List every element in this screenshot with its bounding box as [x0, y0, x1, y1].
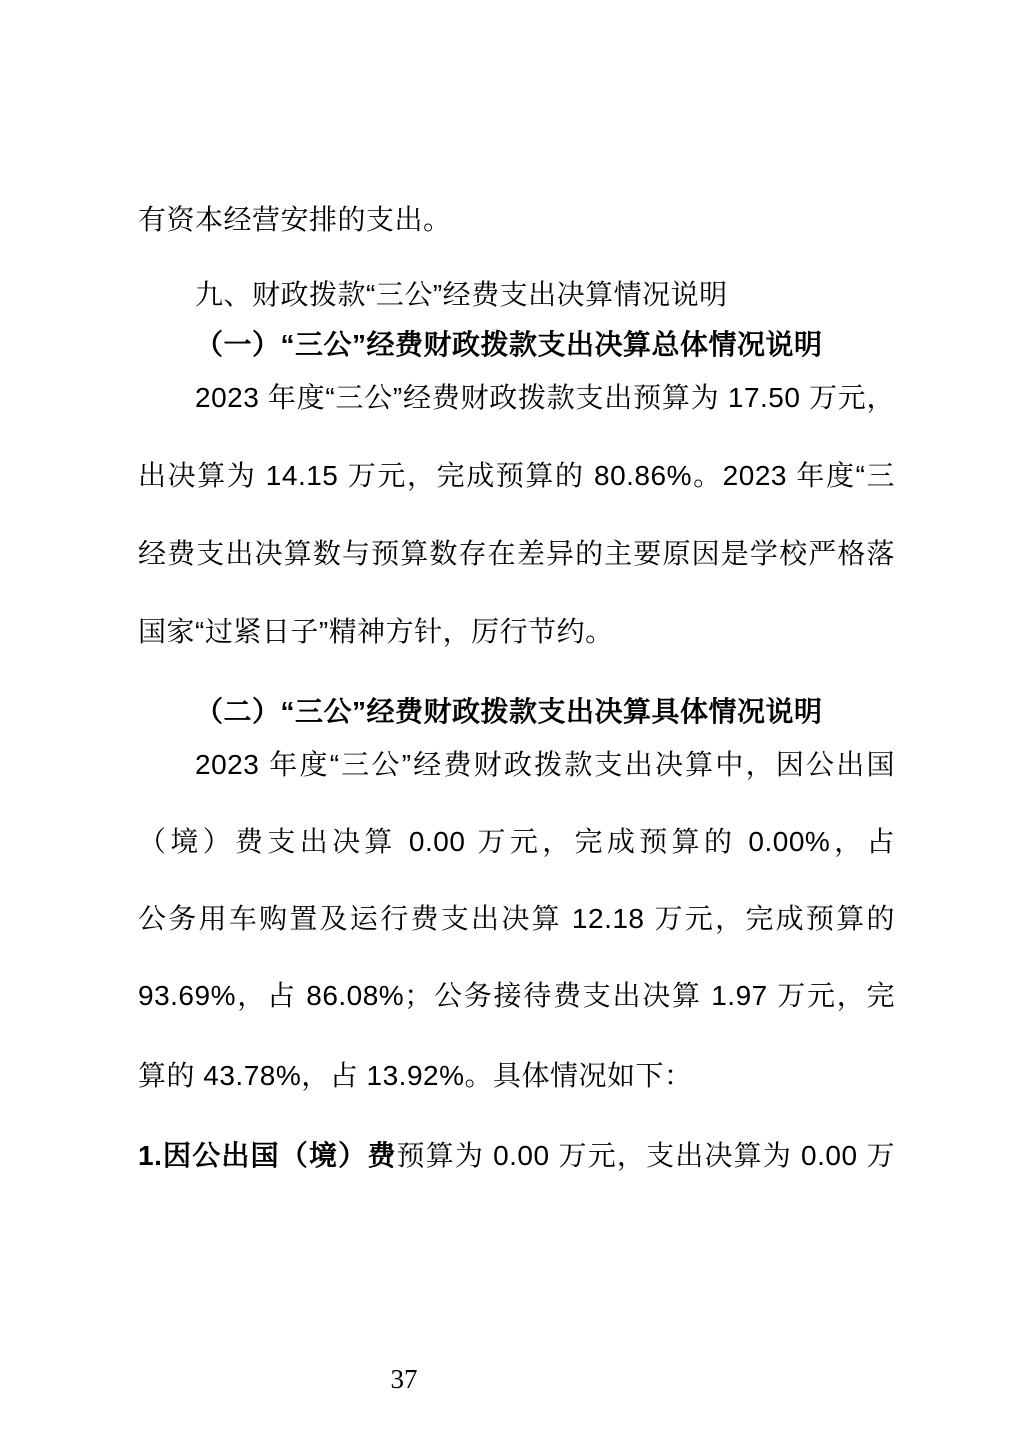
- text-run: 国家“过紧日子”精神方针，厉行节约。: [138, 616, 614, 647]
- body-line: 2023 年度“三公”经费财政拨款支出决算中，因公出国: [138, 747, 895, 785]
- text-run: （境）费支出决算 0.00 万元，完成预算的 0.00%，占 0.00%；: [138, 826, 895, 862]
- bold-text-run: （一）“三公”经费财政拨款支出决算总体情况说明: [195, 329, 823, 360]
- text-run: 有资本经营安排的支出。: [138, 204, 452, 235]
- text-run: 2023 年度“三公”经费财政拨款支出决算中，因公出国: [195, 749, 895, 780]
- subsection-heading: （一）“三公”经费财政拨款支出决算总体情况说明: [138, 327, 895, 365]
- text-run: 出决算为 14.15 万元，完成预算的 80.86%。2023 年度“三公”: [138, 460, 895, 496]
- text-run: 九、财政拨款“三公”经费支出决算情况说明: [195, 279, 728, 310]
- document-page: 有资本经营安排的支出。九、财政拨款“三公”经费支出决算情况说明（一）“三公”经费…: [0, 0, 1024, 1448]
- body-line: 公务用车购置及运行费支出决算 12.18 万元，完成预算的: [138, 901, 895, 939]
- body-line: 2023 年度“三公”经费财政拨款支出预算为 17.50 万元，支: [138, 380, 895, 418]
- text-run: 经费支出决算数与预算数存在差异的主要原因是学校严格落实: [138, 538, 895, 574]
- text-run: 2023 年度“三公”经费财政拨款支出预算为 17.50 万元，支: [195, 382, 895, 418]
- body-line: （境）费支出决算 0.00 万元，完成预算的 0.00%，占 0.00%；: [138, 824, 895, 862]
- body-line: 有资本经营安排的支出。: [138, 202, 895, 240]
- body-line: 经费支出决算数与预算数存在差异的主要原因是学校严格落实: [138, 536, 895, 574]
- subsection-heading: （二）“三公”经费财政拨款支出决算具体情况说明: [138, 694, 895, 732]
- bold-text-run: （二）“三公”经费财政拨款支出决算具体情况说明: [195, 696, 823, 727]
- numbered-item-line: 1.因公出国（境）费预算为 0.00 万元，支出决算为 0.00 万元，: [138, 1138, 895, 1176]
- text-run: 公务用车购置及运行费支出决算 12.18 万元，完成预算的: [138, 903, 895, 934]
- page-number: 37: [0, 1362, 808, 1396]
- body-line: 算的 43.78%，占 13.92%。具体情况如下：: [138, 1058, 895, 1096]
- text-run: 93.69%，占 86.08%；公务接待费支出决算 1.97 万元，完成预: [138, 980, 895, 1016]
- text-run: 算的 43.78%，占 13.92%。具体情况如下：: [138, 1060, 693, 1091]
- bold-text-run: 1.因公出国（境）费: [138, 1140, 397, 1171]
- body-line: 93.69%，占 86.08%；公务接待费支出决算 1.97 万元，完成预: [138, 978, 895, 1016]
- page-content: 有资本经营安排的支出。九、财政拨款“三公”经费支出决算情况说明（一）“三公”经费…: [138, 0, 895, 1448]
- body-line: 国家“过紧日子”精神方针，厉行节约。: [138, 614, 895, 652]
- body-line: 出决算为 14.15 万元，完成预算的 80.86%。2023 年度“三公”: [138, 458, 895, 496]
- section-heading: 九、财政拨款“三公”经费支出决算情况说明: [138, 277, 895, 315]
